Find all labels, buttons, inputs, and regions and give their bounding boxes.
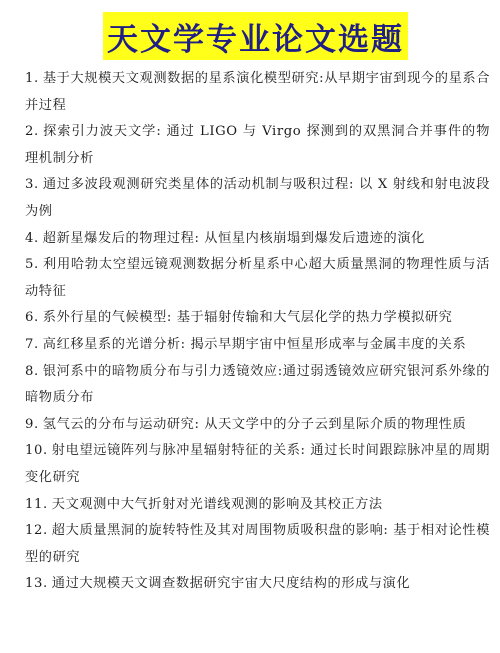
topic-number: 13.	[25, 576, 48, 591]
topic-text: 通过大规模天文调查数据研究宇宙大尺度结构的形成与演化	[52, 576, 410, 591]
topic-text: 超新星爆发后的物理过程: 从恒星内核崩塌到爆发后遗迹的演化	[43, 231, 425, 246]
list-item: 9.氢气云的分布与运动研究: 从天文学中的分子云到星际介质的物理性质	[25, 412, 490, 439]
topic-number: 6.	[25, 310, 39, 325]
list-item: 2.探索引力波天文学: 通过 LIGO 与 Virgo 探测到的双黑洞合并事件的…	[25, 119, 490, 172]
topic-number: 8.	[25, 364, 39, 379]
list-item: 6.系外行星的气候模型: 基于辐射传输和大气层化学的热力学模拟研究	[25, 305, 490, 332]
topic-text: 系外行星的气候模型: 基于辐射传输和大气层化学的热力学模拟研究	[43, 310, 453, 325]
list-item: 12.超大质量黑洞的旋转特性及其对周围物质吸积盘的影响: 基于相对论性模型的研究	[25, 518, 490, 571]
topic-text: 天文观测中大气折射对光谱线观测的影响及其校正方法	[52, 497, 383, 512]
topic-number: 12.	[25, 523, 48, 538]
topic-text: 基于大规模天文观测数据的星系演化模型研究:从早期宇宙到现今的星系合并过程	[25, 71, 490, 113]
topic-text: 射电望远镜阵列与脉冲星辐射特征的关系: 通过长时间跟踪脉冲星的周期变化研究	[25, 443, 490, 485]
title-banner: 天文学专业论文选题	[103, 12, 408, 60]
page-title: 天文学专业论文选题	[107, 14, 404, 59]
topic-number: 10.	[25, 443, 48, 458]
topic-list: 1.基于大规模天文观测数据的星系演化模型研究:从早期宇宙到现今的星系合并过程 2…	[25, 66, 490, 598]
topic-text: 银河系中的暗物质分布与引力透镜效应:通过弱透镜效应研究银河系外缘的暗物质分布	[25, 364, 490, 406]
list-item: 3.通过多波段观测研究类星体的活动机制与吸积过程: 以 X 射线和射电波段为例	[25, 172, 490, 225]
list-item: 1.基于大规模天文观测数据的星系演化模型研究:从早期宇宙到现今的星系合并过程	[25, 66, 490, 119]
topic-number: 9.	[25, 417, 39, 432]
topic-text: 通过多波段观测研究类星体的活动机制与吸积过程: 以 X 射线和射电波段为例	[25, 177, 490, 219]
list-item: 13.通过大规模天文调查数据研究宇宙大尺度结构的形成与演化	[25, 571, 490, 598]
topic-number: 5.	[25, 257, 39, 272]
topic-text: 超大质量黑洞的旋转特性及其对周围物质吸积盘的影响: 基于相对论性模型的研究	[25, 523, 490, 565]
topic-text: 高红移星系的光谱分析: 揭示早期宇宙中恒星形成率与金属丰度的关系	[43, 337, 466, 352]
topic-text: 氢气云的分布与运动研究: 从天文学中的分子云到星际介质的物理性质	[43, 417, 466, 432]
topic-number: 11.	[25, 497, 48, 512]
list-item: 5.利用哈勃太空望远镜观测数据分析星系中心超大质量黑洞的物理性质与活动特征	[25, 252, 490, 305]
topic-number: 4.	[25, 231, 39, 246]
list-item: 7.高红移星系的光谱分析: 揭示早期宇宙中恒星形成率与金属丰度的关系	[25, 332, 490, 359]
list-item: 11.天文观测中大气折射对光谱线观测的影响及其校正方法	[25, 492, 490, 519]
list-item: 8.银河系中的暗物质分布与引力透镜效应:通过弱透镜效应研究银河系外缘的暗物质分布	[25, 359, 490, 412]
topic-text: 利用哈勃太空望远镜观测数据分析星系中心超大质量黑洞的物理性质与活动特征	[25, 257, 490, 299]
list-item: 10.射电望远镜阵列与脉冲星辐射特征的关系: 通过长时间跟踪脉冲星的周期变化研究	[25, 438, 490, 491]
topic-text: 探索引力波天文学: 通过 LIGO 与 Virgo 探测到的双黑洞合并事件的物理…	[25, 124, 490, 166]
list-item: 4.超新星爆发后的物理过程: 从恒星内核崩塌到爆发后遗迹的演化	[25, 226, 490, 253]
topic-number: 3.	[25, 177, 39, 192]
topic-number: 7.	[25, 337, 39, 352]
topic-number: 1.	[25, 71, 39, 86]
topic-number: 2.	[25, 124, 39, 139]
